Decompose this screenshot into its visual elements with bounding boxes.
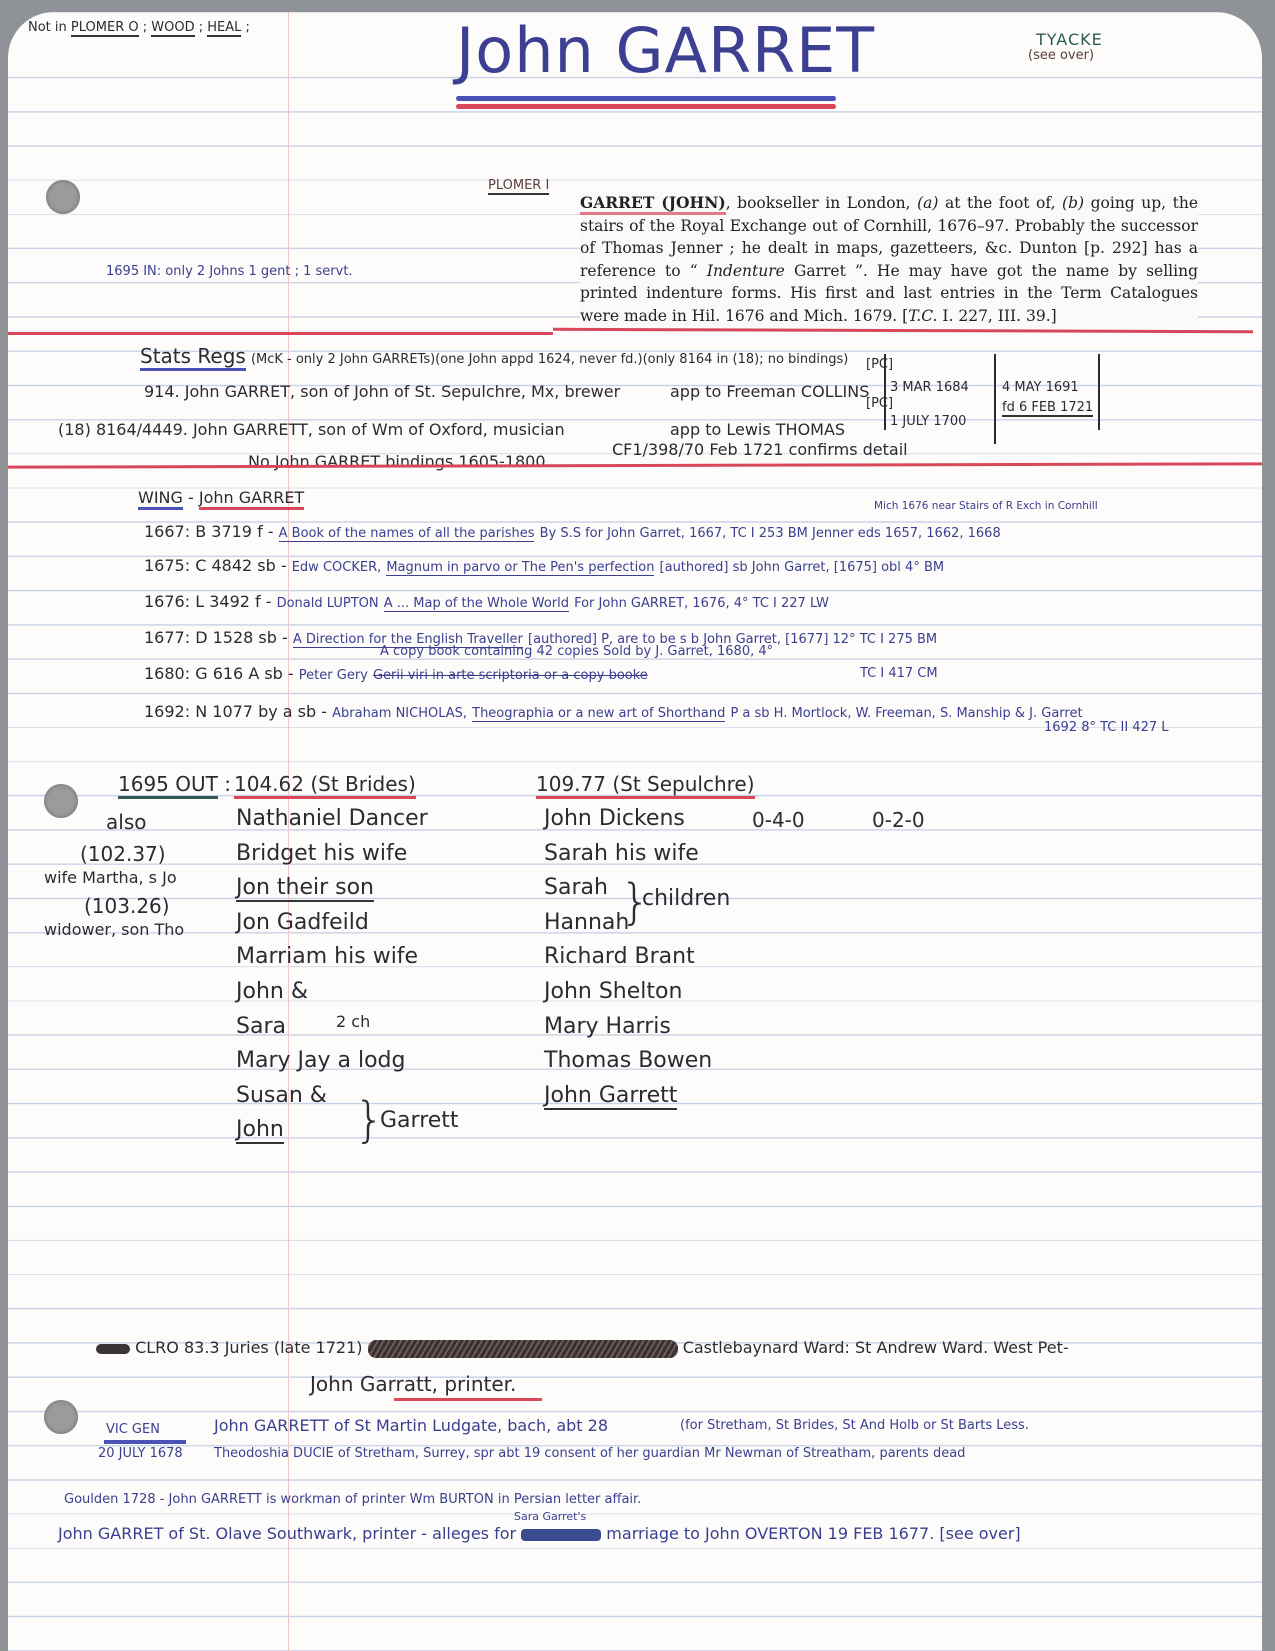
census-name-text: Jon their son bbox=[236, 875, 374, 902]
wing-entry: 1676: L 3492 f - Donald LUPTON A ... Map… bbox=[144, 592, 829, 611]
source-heal: HEAL bbox=[207, 20, 241, 37]
title-underline-blue bbox=[456, 96, 836, 101]
vic-gen-label: VIC GEN bbox=[106, 1422, 160, 1437]
section-divider bbox=[553, 328, 1253, 333]
plomer-lead: GARRET (JOHN) bbox=[580, 193, 726, 215]
census-name: Mary Harris bbox=[544, 1014, 671, 1039]
census-name-text: John bbox=[236, 1117, 284, 1144]
wing-rest: [authored] sb John Garret, [1675] obl 4°… bbox=[660, 560, 945, 575]
vic-gen-line2: Theodoshia DUCIE of Stretham, Surrey, sp… bbox=[214, 1446, 965, 1461]
wing-year: 1667: bbox=[144, 522, 190, 541]
plomer-indenture: Indenture bbox=[707, 262, 785, 280]
column-divider bbox=[1098, 354, 1100, 430]
pc-tag: [PC] bbox=[866, 357, 893, 372]
census-name-text: Sara bbox=[236, 1014, 286, 1039]
no-bindings-note: No John GARRET bindings 1605-1800. bbox=[248, 452, 551, 471]
app-text: app to Freeman COLLINS bbox=[670, 382, 869, 401]
wing-margin-note: Mich 1676 near Stairs of R Exch in Cornh… bbox=[874, 500, 1098, 512]
apprentice-master: app to Freeman COLLINS bbox=[670, 382, 869, 401]
wing-year: 1675: bbox=[144, 556, 190, 575]
goulden-note: Goulden 1728 - John GARRETT is workman o… bbox=[64, 1492, 641, 1507]
wing-author: Abraham NICHOLAS, bbox=[332, 706, 467, 721]
tax-value: 0-4-0 bbox=[752, 808, 805, 832]
census-name: Susan & bbox=[236, 1083, 327, 1108]
census-name-text: John Dickens bbox=[544, 806, 685, 831]
census-name: Sarah bbox=[544, 875, 608, 900]
punch-hole bbox=[46, 180, 80, 214]
entry-desc: John GARRET, son of John of St. Sepulchr… bbox=[185, 382, 620, 401]
census-name-text: Sarah his wife bbox=[544, 841, 699, 866]
also-label: also bbox=[106, 810, 146, 834]
census-name: Jon Gadfeild bbox=[236, 910, 369, 935]
margin-line bbox=[288, 12, 289, 1651]
punch-hole bbox=[44, 784, 78, 818]
stats-reg-entry: 914. John GARRET, son of John of St. Sep… bbox=[144, 382, 620, 401]
tyacke-label: TYACKE bbox=[1036, 30, 1103, 49]
not-in-prefix: Not in bbox=[28, 20, 67, 35]
vic-gen-underline bbox=[104, 1440, 186, 1444]
wing-entry: 1680: G 616 A sb - Peter Gery Gerii viri… bbox=[144, 664, 648, 683]
census-name-text: Sarah bbox=[544, 875, 608, 900]
olave-row: John GARRET of St. Olave Southwark, prin… bbox=[58, 1524, 1021, 1543]
cf1-note: CF1/398/70 Feb 1721 confirms detail bbox=[612, 440, 908, 459]
crossed-out-text bbox=[521, 1529, 601, 1541]
col2-heading-text: 109.77 (St Sepulchre) bbox=[536, 772, 755, 799]
scribble-mark bbox=[96, 1344, 130, 1354]
census-name-text: Jon Gadfeild bbox=[236, 910, 369, 935]
census-name-text: Thomas Bowen bbox=[544, 1048, 712, 1073]
census-name: Hannah bbox=[544, 910, 629, 935]
census-name: John Shelton bbox=[544, 979, 682, 1004]
plomer-marker-a: (a) bbox=[917, 194, 938, 212]
source-plomer-o: PLOMER O bbox=[71, 20, 139, 37]
vic-gen-line1: John GARRETT of St Martin Ludgate, bach,… bbox=[214, 1416, 608, 1435]
wing-ref: B 3719 f - bbox=[195, 522, 273, 541]
clro-text: Juries (late 1721) bbox=[225, 1338, 363, 1357]
entry-ref: 8164/4449. bbox=[96, 420, 188, 439]
wing-entry: 1692: N 1077 by a sb - Abraham NICHOLAS,… bbox=[144, 702, 1083, 721]
out-1695-heading: 1695 OUT bbox=[118, 772, 218, 799]
wing-heading: WING bbox=[138, 488, 183, 510]
wing-entry: 1675: C 4842 sb - Edw COCKER, Magnum in … bbox=[144, 556, 944, 575]
stats-regs-heading-row: Stats Regs (McK - only 2 John GARRETs)(o… bbox=[140, 344, 848, 368]
wing-year: 1680: bbox=[144, 664, 190, 683]
wing-title: Magnum in parvo or The Pen's perfection bbox=[386, 560, 654, 576]
inserted-text: Sara Garret's bbox=[514, 1510, 586, 1523]
wing-rest-line2: 1692 8° TC II 427 L bbox=[1044, 720, 1169, 735]
census-name: Jon their son bbox=[236, 875, 374, 900]
stats-reg-entry: (18) 8164/4449. John GARRETT, son of Wm … bbox=[58, 420, 565, 439]
col1-heading: 104.62 (St Brides) bbox=[234, 772, 416, 796]
wing-rest: By S.S for John Garret, 1667, TC I 253 B… bbox=[540, 526, 1001, 541]
census-name: John & bbox=[236, 979, 308, 1004]
entry-prefix: (18) bbox=[58, 420, 91, 439]
plomer-text: , bookseller in London, bbox=[726, 194, 917, 212]
wing-year: 1676: bbox=[144, 592, 190, 611]
stats-regs-heading: Stats Regs bbox=[140, 344, 246, 371]
census-name: John bbox=[236, 1117, 284, 1142]
bound-date: 3 MAR 1684 bbox=[890, 380, 969, 395]
bound-date: 1 JULY 1700 bbox=[890, 414, 966, 429]
wing-subject: John GARRET bbox=[199, 488, 304, 510]
freed-date: fd 6 FEB 1721 bbox=[1002, 400, 1093, 415]
census-name: Mary Jay a lodg bbox=[236, 1048, 405, 1073]
wing-ref: G 616 A sb - bbox=[195, 664, 294, 683]
wing-title: A Book of the names of all the parishes bbox=[279, 526, 535, 542]
wing-year: 1692: bbox=[144, 702, 190, 721]
entry-ref: 914. bbox=[144, 382, 180, 401]
crossed-out-text bbox=[368, 1340, 678, 1358]
wing-insertion: A copy book containing 42 copies Sold by… bbox=[380, 644, 773, 659]
in-1695-note: 1695 IN: only 2 Johns 1 gent ; 1 servt. bbox=[106, 264, 353, 279]
freed-date-text: fd 6 FEB 1721 bbox=[1002, 400, 1093, 417]
stats-regs-note: (only 8164 in (18); no bindings) bbox=[643, 352, 849, 367]
census-name: Sarah his wife bbox=[544, 841, 699, 866]
wing-title: Theographia or a new art of Shorthand bbox=[472, 706, 725, 722]
pc-tag: [PC] bbox=[866, 396, 893, 411]
census-name: Nathaniel Dancer bbox=[236, 806, 428, 831]
plomer-label: PLOMER I bbox=[488, 178, 549, 195]
census-name: John Dickens bbox=[544, 806, 685, 831]
wing-author: Edw COCKER, bbox=[292, 560, 382, 575]
side-note: (103.26) bbox=[84, 894, 170, 918]
census-name: Bridget his wife bbox=[236, 841, 407, 866]
vic-gen-date: 20 JULY 1678 bbox=[98, 1446, 183, 1461]
entry-desc: John GARRETT, son of Wm of Oxford, music… bbox=[193, 420, 565, 439]
census-name-text: Richard Brant bbox=[544, 944, 695, 969]
punch-hole bbox=[44, 1400, 78, 1434]
census-name: Sara bbox=[236, 1014, 286, 1039]
clro-wards: Castlebaynard Ward: St Andrew Ward. West… bbox=[683, 1338, 1069, 1357]
side-note: wife Martha, s Jo bbox=[44, 868, 177, 887]
olave-text: marriage to John OVERTON 19 FEB 1677. bbox=[606, 1524, 934, 1543]
tax-value: 0-2-0 bbox=[872, 808, 925, 832]
side-note: widower, son Tho bbox=[44, 920, 184, 939]
clro-row: CLRO 83.3 Juries (late 1721) Castlebayna… bbox=[96, 1338, 1069, 1358]
census-name: Thomas Bowen bbox=[544, 1048, 712, 1073]
page-title: John GARRET bbox=[456, 14, 875, 87]
census-name: Richard Brant bbox=[544, 944, 695, 969]
wing-author: Peter Gery bbox=[299, 668, 368, 683]
wing-year: 1677: bbox=[144, 628, 190, 647]
stats-regs-note: (one John appd 1624, never fd.) bbox=[435, 352, 642, 367]
plomer-tc-ref: T.C. bbox=[908, 307, 937, 325]
vic-gen-note: (for Stretham, St Brides, St And Holb or… bbox=[680, 1418, 1029, 1433]
tyacke-note: (see over) bbox=[1028, 48, 1094, 63]
freed-date: 4 MAY 1691 bbox=[1002, 380, 1079, 395]
census-name-text: Susan & bbox=[236, 1083, 327, 1108]
wing-ref: D 1528 sb - bbox=[195, 628, 288, 647]
wing-struck-title: Gerii viri in arte scriptoria or a copy … bbox=[373, 668, 648, 683]
two-children-note: 2 ch bbox=[336, 1012, 370, 1031]
margin-note-text: Mich 1676 near Stairs of R Exch in Cornh… bbox=[874, 500, 1098, 512]
wing-rest: For John GARRET, 1676, 4° TC I 227 LW bbox=[574, 596, 829, 611]
census-name-text: John Garrett bbox=[544, 1083, 677, 1110]
column-divider bbox=[884, 354, 886, 430]
wing-ref: C 4842 sb - bbox=[195, 556, 286, 575]
apprentice-master: app to Lewis THOMAS bbox=[670, 420, 845, 439]
census-name-text: Mary Jay a lodg bbox=[236, 1048, 405, 1073]
wing-rest: P a sb H. Mortlock, W. Freeman, S. Mansh… bbox=[730, 706, 1082, 721]
census-name-text: Hannah bbox=[544, 910, 629, 935]
census-name-text: Bridget his wife bbox=[236, 841, 407, 866]
notebook-page: Not in PLOMER O ; WOOD ; HEAL ; John GAR… bbox=[8, 12, 1262, 1651]
wing-ref: L 3492 f - bbox=[195, 592, 271, 611]
out-1695-heading-row: 1695 OUT : bbox=[118, 772, 231, 796]
census-name: John Garrett bbox=[544, 1083, 677, 1108]
plomer-text: I. 227, III. 39.] bbox=[937, 307, 1056, 325]
not-in-note: Not in PLOMER O ; WOOD ; HEAL ; bbox=[28, 20, 250, 35]
column-divider bbox=[994, 354, 996, 444]
children-label: children bbox=[642, 886, 730, 911]
wing-author: Donald LUPTON bbox=[277, 596, 379, 611]
section-divider bbox=[8, 462, 1262, 468]
plomer-marker-b: (b) bbox=[1062, 194, 1084, 212]
wing-entry: 1667: B 3719 f - A Book of the names of … bbox=[144, 522, 1001, 541]
census-name-text: John Shelton bbox=[544, 979, 682, 1004]
census-name-text: Nathaniel Dancer bbox=[236, 806, 428, 831]
garrett-label: Garrett bbox=[380, 1108, 459, 1133]
see-over-note: [see over] bbox=[939, 1524, 1020, 1543]
col2-heading: 109.77 (St Sepulchre) bbox=[536, 772, 755, 796]
census-name-text: Marriam his wife bbox=[236, 944, 418, 969]
olave-text: John GARRET of St. Olave Southwark, prin… bbox=[58, 1524, 516, 1543]
clro-label: CLRO bbox=[135, 1338, 179, 1357]
wing-heading-row: WING - John GARRET bbox=[138, 488, 304, 507]
census-name: Marriam his wife bbox=[236, 944, 418, 969]
section-divider bbox=[8, 332, 553, 335]
wing-ref: N 1077 by a sb - bbox=[195, 702, 327, 721]
census-name-text: John & bbox=[236, 979, 308, 1004]
underline-red bbox=[394, 1398, 542, 1401]
col1-heading-text: 104.62 (St Brides) bbox=[234, 772, 416, 799]
side-note: (102.37) bbox=[80, 842, 166, 866]
clro-ref: 83.3 bbox=[184, 1338, 220, 1357]
census-name-text: Mary Harris bbox=[544, 1014, 671, 1039]
plomer-printed-entry: GARRET (JOHN), bookseller in London, (a)… bbox=[580, 192, 1198, 328]
stats-regs-note: (McK - only 2 John GARRETs) bbox=[251, 352, 435, 367]
wing-title: A ... Map of the Whole World bbox=[384, 596, 569, 612]
plomer-text: at the foot of, bbox=[938, 194, 1062, 212]
source-wood: WOOD bbox=[151, 20, 194, 37]
clro-name: John Garratt, printer. bbox=[310, 1372, 516, 1396]
clro-name-text: John Garratt, printer. bbox=[310, 1372, 516, 1396]
title-underline-red bbox=[456, 104, 836, 109]
wing-rest: TC I 417 CM bbox=[860, 666, 938, 681]
app-text: app to Lewis THOMAS bbox=[670, 420, 845, 439]
